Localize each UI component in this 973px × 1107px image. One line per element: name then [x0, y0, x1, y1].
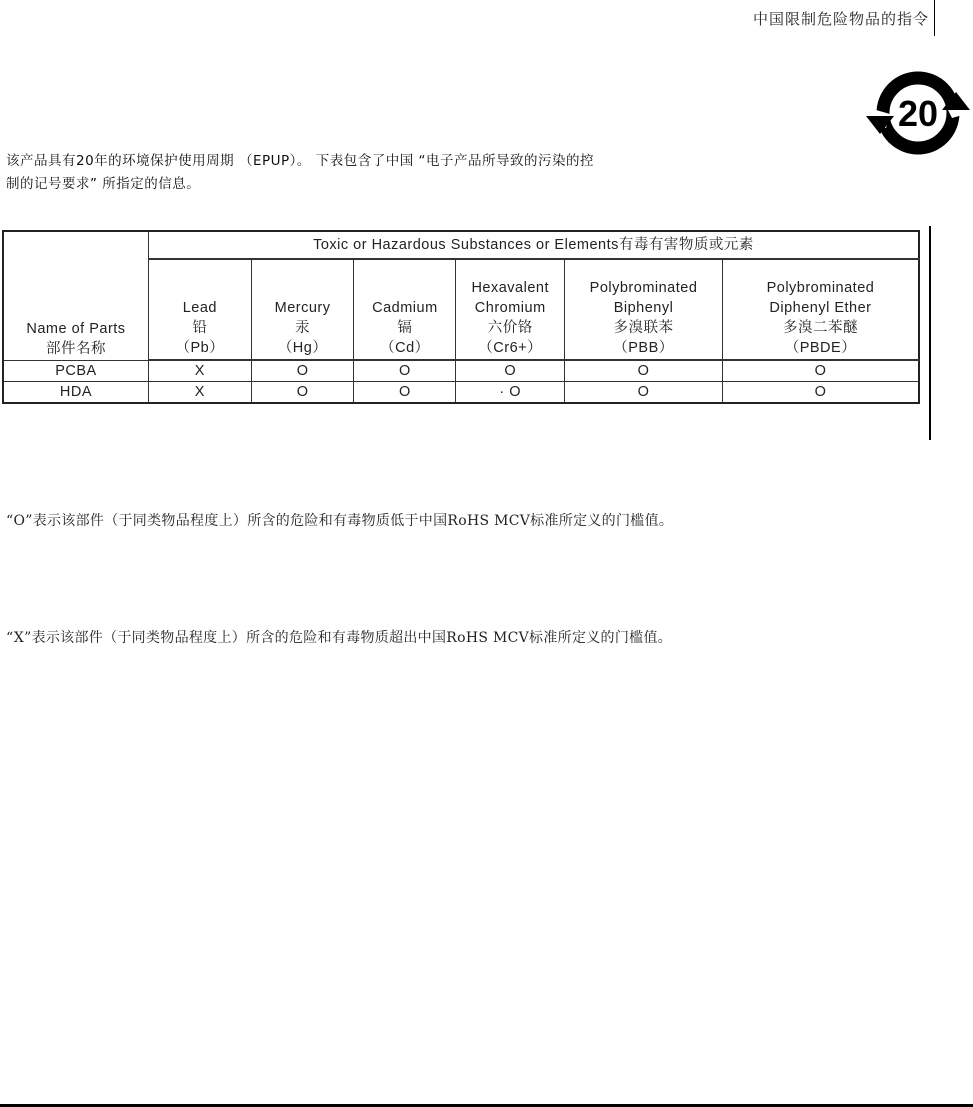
column-header-hexavalent-chromium: Hexavalent Chromium 六价铬 （Cr6+）	[456, 259, 565, 360]
part-name-cell: HDA	[3, 382, 148, 404]
value-cell: O	[354, 382, 456, 404]
value-cell: O	[251, 382, 354, 404]
note-x-definition: “X”表示该部件（于同类物品程度上）所含的危险和有毒物质超出中国RoHS MCV…	[6, 627, 672, 649]
value-cell: O	[722, 382, 919, 404]
value-cell: O	[722, 360, 919, 382]
column-header-line: Chromium	[458, 298, 562, 318]
column-header-pbb: Polybrominated Biphenyl 多溴联苯 （PBB）	[565, 259, 723, 360]
substances-group-header: Toxic or Hazardous Substances or Element…	[148, 231, 919, 259]
column-header-line: 多溴二苯醚	[725, 318, 916, 338]
column-header-mercury: Mercury 汞 （Hg）	[251, 259, 354, 360]
column-header-line: （Hg）	[254, 338, 352, 358]
value-cell: O	[456, 360, 565, 382]
value-cell: O	[565, 382, 723, 404]
value-cell: O	[251, 360, 354, 382]
column-header-line: （Pb）	[151, 338, 249, 358]
column-header-line: Diphenyl Ether	[725, 298, 916, 318]
column-header-pbde: Polybrominated Diphenyl Ether 多溴二苯醚 （PBD…	[722, 259, 919, 360]
column-header-line: 汞	[254, 318, 352, 338]
value-cell: · O	[456, 382, 565, 404]
column-header-line: Polybrominated	[567, 278, 720, 298]
page-header-title: 中国限制危险物品的指令	[753, 8, 929, 30]
value-cell: O	[354, 360, 456, 382]
table-row: HDA X O O · O O O	[3, 382, 919, 404]
column-header-line: Cadmium	[356, 298, 453, 318]
table-right-divider	[929, 226, 931, 440]
header-divider	[934, 0, 935, 36]
hazardous-substances-table-container: Name of Parts 部件名称 Toxic or Hazardous Su…	[2, 230, 920, 404]
column-header-line: （PBB）	[567, 338, 720, 358]
value-cell: O	[565, 360, 723, 382]
column-header-line: Biphenyl	[567, 298, 720, 318]
note-o-definition: “O”表示该部件（于同类物品程度上）所含的危险和有毒物质低于中国RoHS MCV…	[6, 510, 673, 532]
intro-line-1: 该产品具有20年的环境保护使用周期 （EPUP）。 下表包含了中国 “电子产品所…	[6, 150, 866, 173]
intro-line-2: 制的记号要求” 所指定的信息。	[6, 173, 866, 196]
column-header-line: Polybrominated	[725, 278, 916, 298]
column-header-line: 多溴联苯	[567, 318, 720, 338]
value-cell: X	[148, 382, 251, 404]
column-header-cadmium: Cadmium 镉 （Cd）	[354, 259, 456, 360]
column-header-line: （Cr6+）	[458, 338, 562, 358]
table-row: PCBA X O O O O O	[3, 360, 919, 382]
column-header-line: Hexavalent	[458, 278, 562, 298]
part-name-header-en: Name of Parts	[6, 319, 146, 339]
column-header-line: （PBDE）	[725, 338, 916, 358]
part-name-cell: PCBA	[3, 360, 148, 382]
part-name-header: Name of Parts 部件名称	[3, 231, 148, 360]
hazardous-substances-table: Name of Parts 部件名称 Toxic or Hazardous Su…	[2, 230, 920, 404]
epup-20-recycle-icon: 20	[866, 70, 970, 156]
column-header-lead: Lead 铅 （Pb）	[148, 259, 251, 360]
column-header-line: 铅	[151, 318, 249, 338]
column-header-line: 镉	[356, 318, 453, 338]
column-header-line: Mercury	[254, 298, 352, 318]
column-header-line: 六价铬	[458, 318, 562, 338]
value-cell: X	[148, 360, 251, 382]
svg-text:20: 20	[898, 93, 938, 134]
part-name-header-zh: 部件名称	[6, 339, 146, 359]
intro-paragraph: 该产品具有20年的环境保护使用周期 （EPUP）。 下表包含了中国 “电子产品所…	[6, 150, 866, 196]
column-header-line: Lead	[151, 298, 249, 318]
column-header-line: （Cd）	[356, 338, 453, 358]
